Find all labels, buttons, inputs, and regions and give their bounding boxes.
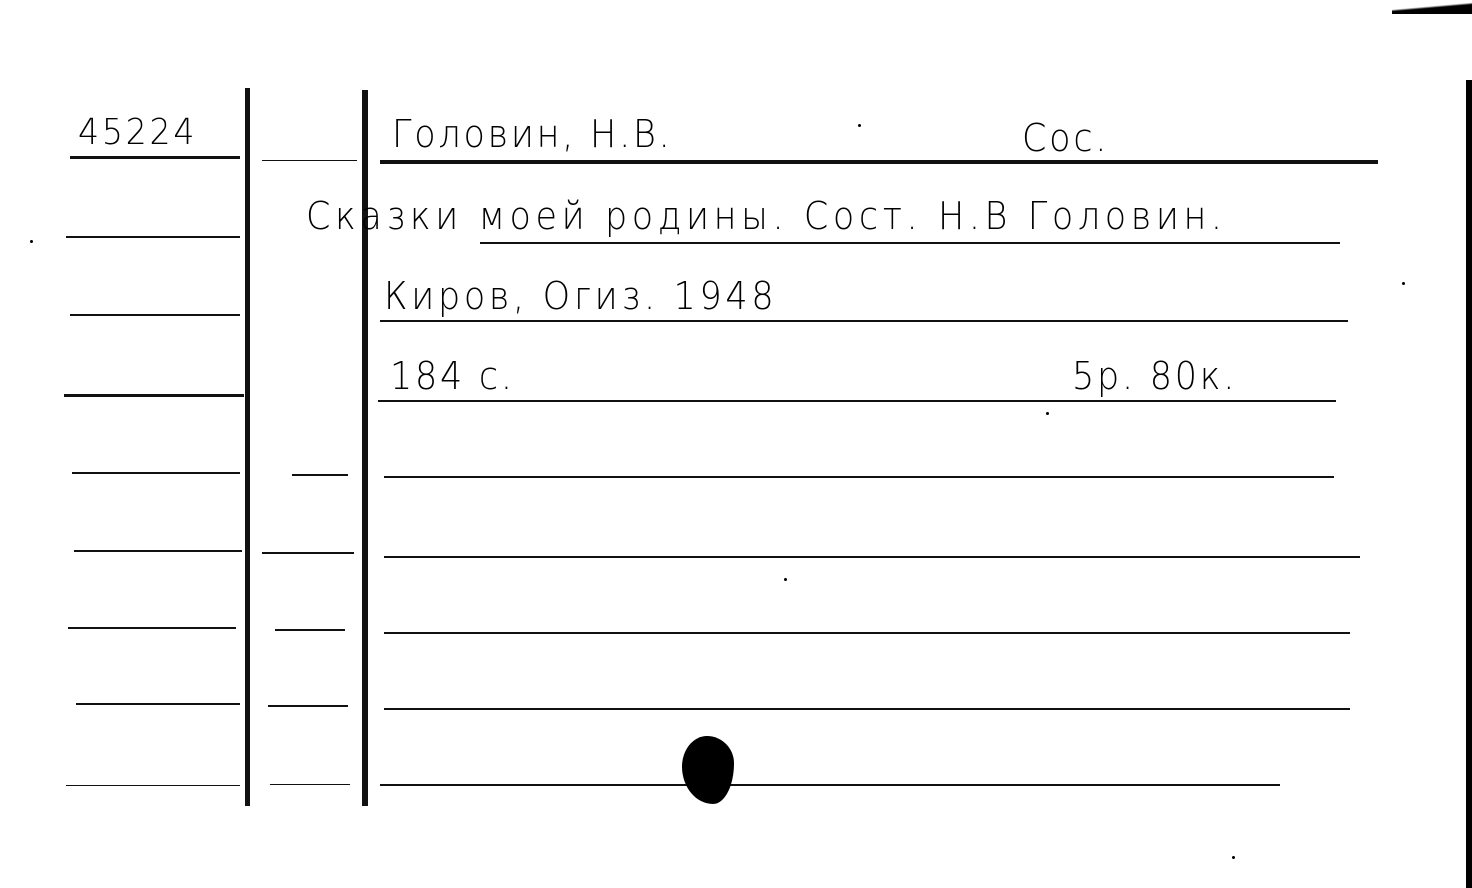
rule-line bbox=[275, 629, 345, 631]
rule-line bbox=[380, 160, 1378, 164]
card-right-edge bbox=[1466, 80, 1472, 888]
card-corner-shadow bbox=[1392, 0, 1472, 14]
rule-line bbox=[378, 400, 1336, 402]
speck bbox=[858, 124, 861, 127]
rule-line bbox=[74, 550, 242, 552]
speck bbox=[1046, 412, 1049, 415]
rule-line bbox=[70, 156, 240, 159]
rule-line bbox=[70, 314, 240, 316]
rule-line bbox=[66, 236, 240, 238]
rule-line bbox=[384, 708, 1350, 710]
rule-line bbox=[262, 160, 357, 161]
rule-line bbox=[66, 785, 240, 786]
rule-line bbox=[268, 705, 348, 707]
rule-line bbox=[64, 394, 244, 397]
speck bbox=[784, 578, 787, 581]
title-line: Сказки моей родины. Сост. Н.В Головин. bbox=[306, 194, 1227, 238]
rule-line bbox=[262, 552, 354, 554]
speck bbox=[30, 240, 33, 243]
rule-line bbox=[384, 632, 1350, 634]
rule-line bbox=[68, 627, 236, 629]
speck bbox=[1402, 282, 1405, 285]
speck bbox=[1232, 856, 1235, 859]
rule-line bbox=[480, 242, 1340, 244]
price: 5р. 80к. bbox=[1072, 354, 1237, 398]
rule-line bbox=[72, 472, 240, 474]
rule-line bbox=[76, 703, 240, 705]
rule-line bbox=[292, 474, 348, 476]
role-note: Сос. bbox=[1022, 116, 1109, 160]
rule-line bbox=[380, 784, 1280, 786]
imprint-line: Киров, Огиз. 1948 bbox=[384, 274, 777, 318]
left-margin-rule bbox=[245, 88, 250, 806]
rule-line bbox=[380, 320, 1348, 322]
rule-line bbox=[270, 784, 350, 785]
rule-line bbox=[384, 476, 1334, 478]
inventory-number: 45224 bbox=[78, 112, 197, 153]
author-heading: Головин, Н.В. bbox=[392, 112, 672, 156]
rule-line bbox=[384, 556, 1360, 558]
ink-blot bbox=[682, 736, 734, 804]
pages-count: 184 с. bbox=[390, 354, 515, 398]
catalog-card: 45224 Головин, Н.В. Сос. Сказки моей род… bbox=[0, 0, 1472, 888]
